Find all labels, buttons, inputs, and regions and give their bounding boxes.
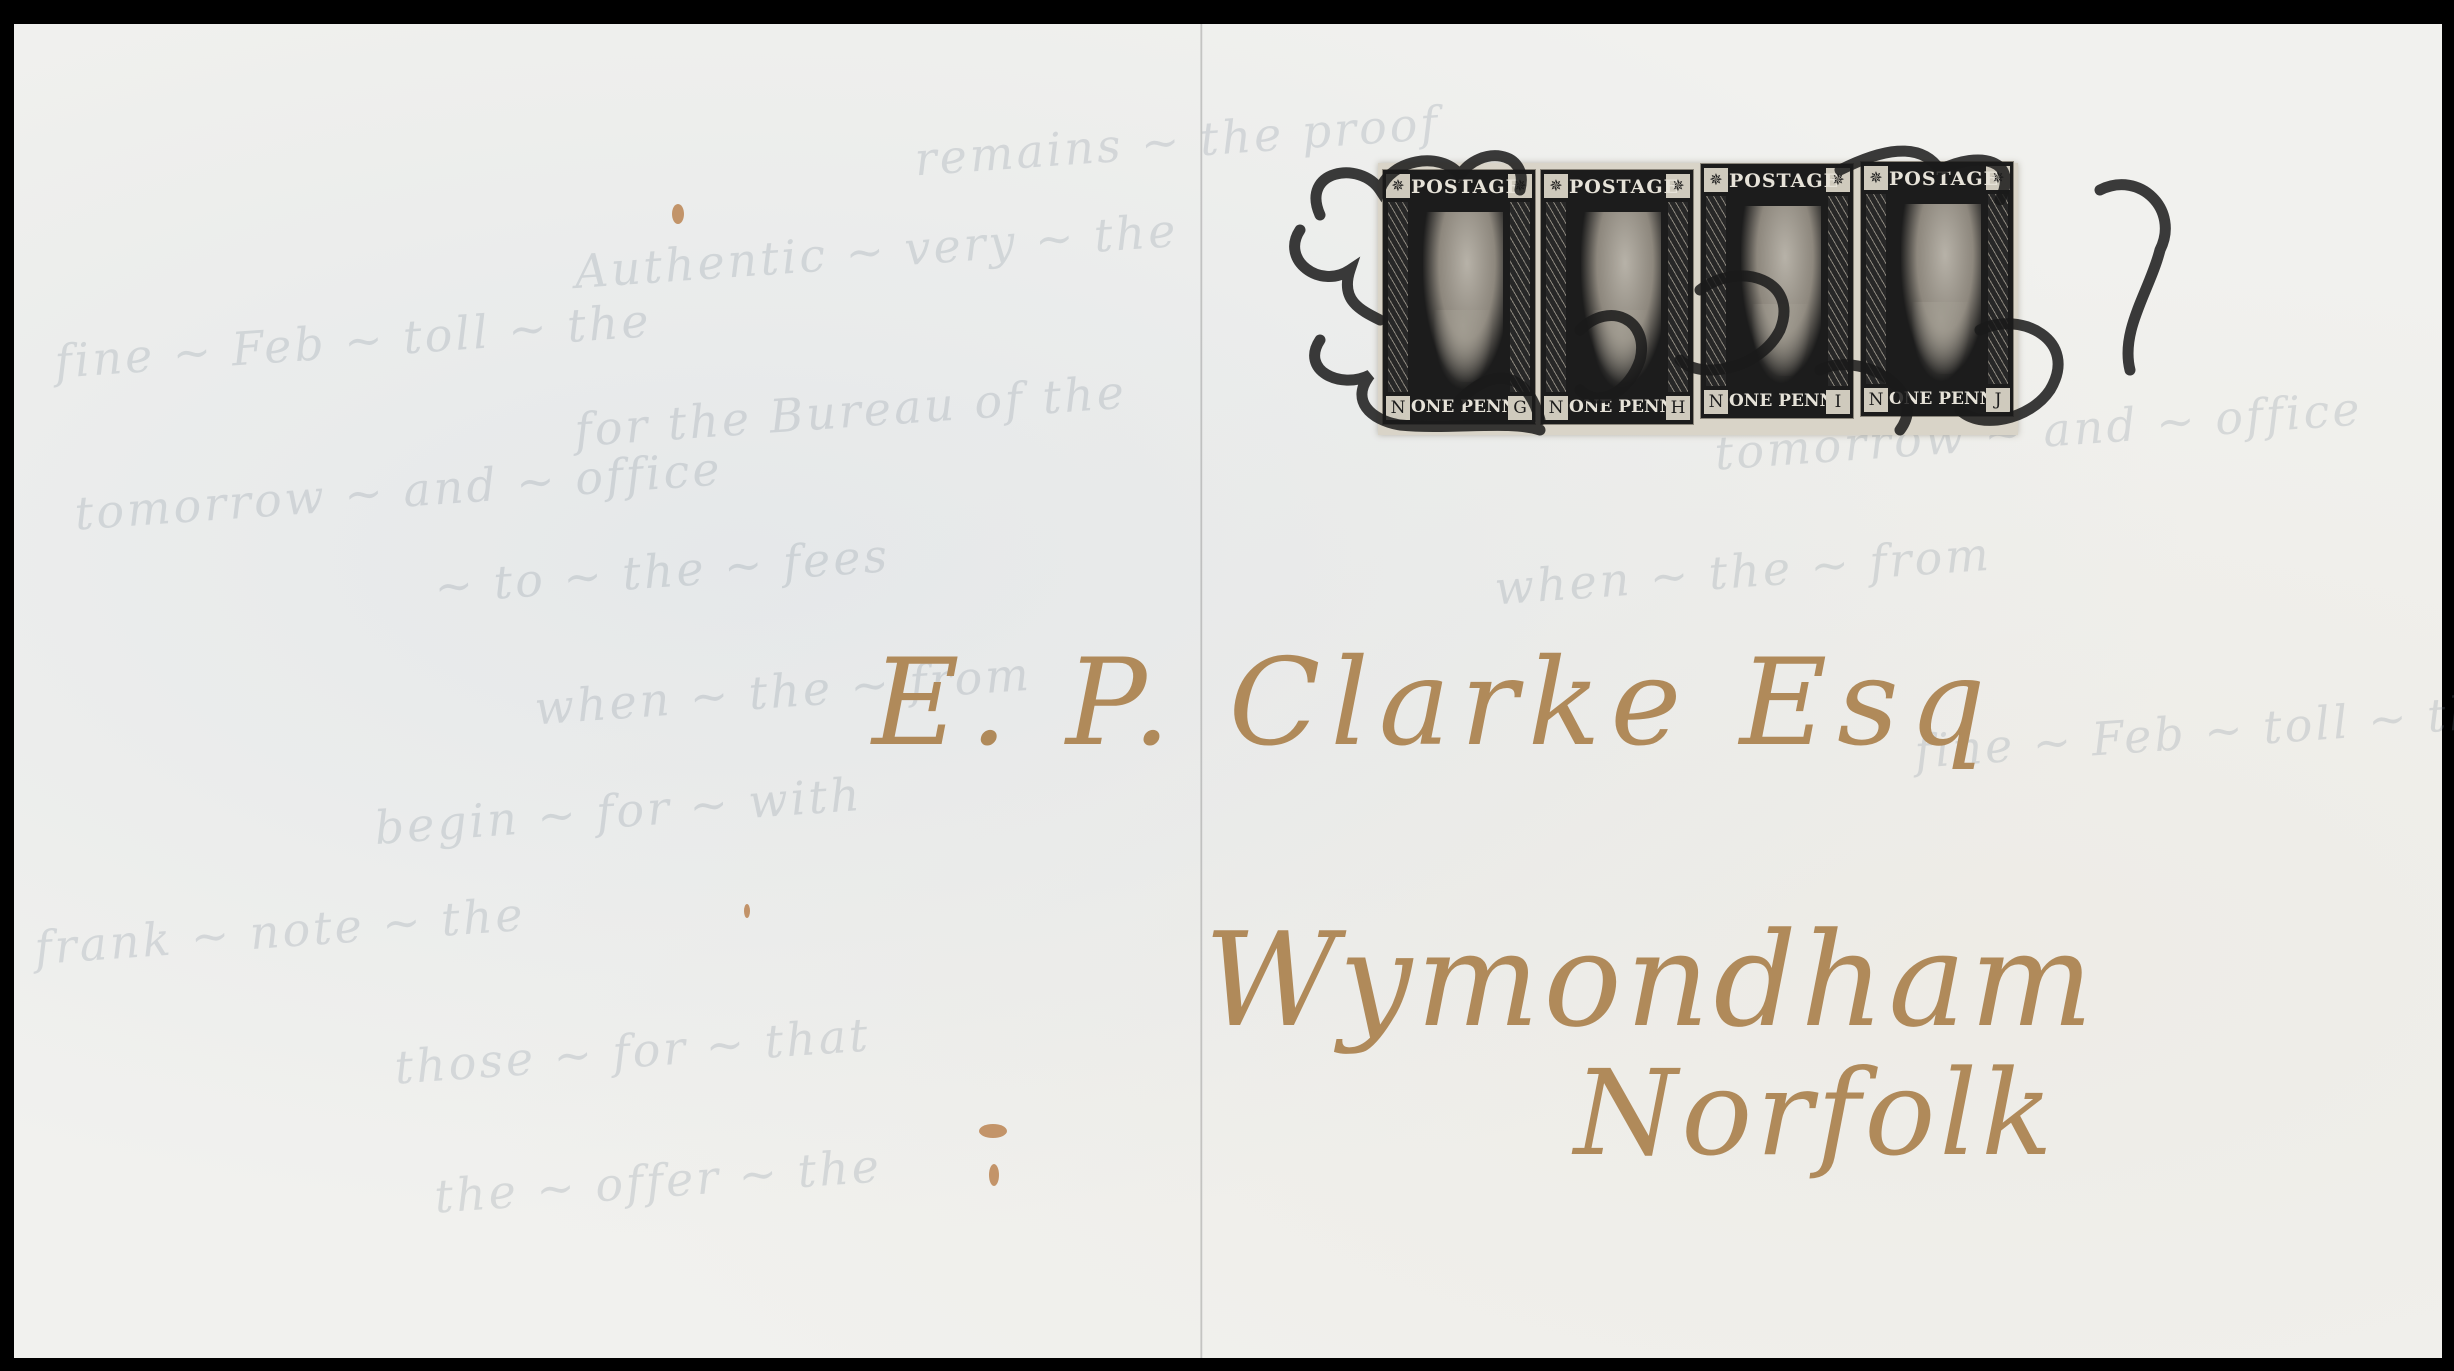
letter-cover: remains ~ the proof Authentic ~ very ~ t…: [14, 24, 2442, 1358]
ghost-line: tomorrow ~ and ~ office: [73, 441, 724, 540]
ghost-line: begin ~ for ~ with: [373, 767, 865, 855]
check-letter: G: [1508, 396, 1532, 420]
ghost-line: fine ~ Feb ~ toll ~ the: [53, 293, 653, 389]
penny-black-stamp: POSTAGE N ONE PENNY G: [1382, 169, 1536, 425]
stamp-value-label: ONE PENNY: [1411, 395, 1507, 419]
queen-portrait-neck: [1591, 310, 1651, 390]
stamp-value-label: ONE PENNY: [1729, 389, 1825, 413]
stamp-top-label: POSTAGE: [1889, 168, 1985, 190]
check-letter: N: [1386, 396, 1410, 420]
stamp-side-pattern: [1828, 196, 1848, 386]
queen-portrait-neck: [1751, 304, 1811, 384]
address-recipient: E. P. Clarke Esq: [872, 634, 1996, 773]
ghost-line: Authentic ~ very ~ the: [573, 203, 1180, 299]
ink-stain: [979, 1124, 1007, 1138]
queen-portrait-neck: [1433, 310, 1493, 390]
star-icon: [1864, 166, 1888, 190]
ink-stain: [989, 1164, 999, 1186]
stamp-side-pattern: [1546, 202, 1566, 392]
stamp-top-label: POSTAGE: [1569, 176, 1665, 198]
stamp-top-label: POSTAGE: [1729, 170, 1825, 192]
stamp-side-pattern: [1988, 194, 2008, 384]
stamp-side-pattern: [1866, 194, 1886, 384]
stamp-side-pattern: [1510, 202, 1530, 392]
check-letter: I: [1826, 390, 1850, 414]
check-letter: N: [1704, 390, 1728, 414]
check-letter: N: [1544, 396, 1568, 420]
star-icon: [1386, 174, 1410, 198]
check-letter: J: [1986, 388, 2010, 412]
ink-stain: [744, 904, 750, 918]
stamp-value-label: ONE PENNY: [1889, 387, 1985, 411]
ghost-line: for the Bureau of the: [573, 365, 1129, 457]
stamp-side-pattern: [1706, 196, 1726, 386]
penny-black-stamp: POSTAGE N ONE PENNY H: [1540, 169, 1694, 425]
stamp-top-label: POSTAGE: [1411, 176, 1507, 198]
star-icon: [1704, 168, 1728, 192]
stamp-value-label: ONE PENNY: [1569, 395, 1665, 419]
ghost-line: the ~ offer ~ the: [433, 1138, 884, 1223]
penny-black-stamp: POSTAGE N ONE PENNY J: [1860, 161, 2014, 417]
ink-stain: [672, 204, 684, 224]
check-letter: H: [1666, 396, 1690, 420]
stamp-strip: POSTAGE N ONE PENNY G POSTAGE N ONE PENN…: [1378, 163, 2018, 435]
penny-black-stamp: POSTAGE N ONE PENNY I: [1700, 163, 1854, 419]
check-letter: N: [1864, 388, 1888, 412]
address-county: Norfolk: [1574, 1044, 2057, 1182]
stamp-side-pattern: [1388, 202, 1408, 392]
stamp-side-pattern: [1668, 202, 1688, 392]
ghost-line: when ~ the ~ from: [1493, 527, 1994, 616]
ghost-line: ~ to ~ the ~ fees: [433, 528, 892, 614]
ghost-line: frank ~ note ~ the: [33, 887, 527, 975]
ghost-line: those ~ for ~ that: [393, 1007, 873, 1094]
star-icon: [1544, 174, 1568, 198]
ghost-line: remains ~ the proof: [913, 96, 1442, 187]
queen-portrait-neck: [1911, 302, 1971, 382]
address-town: Wymondham: [1204, 904, 2097, 1056]
